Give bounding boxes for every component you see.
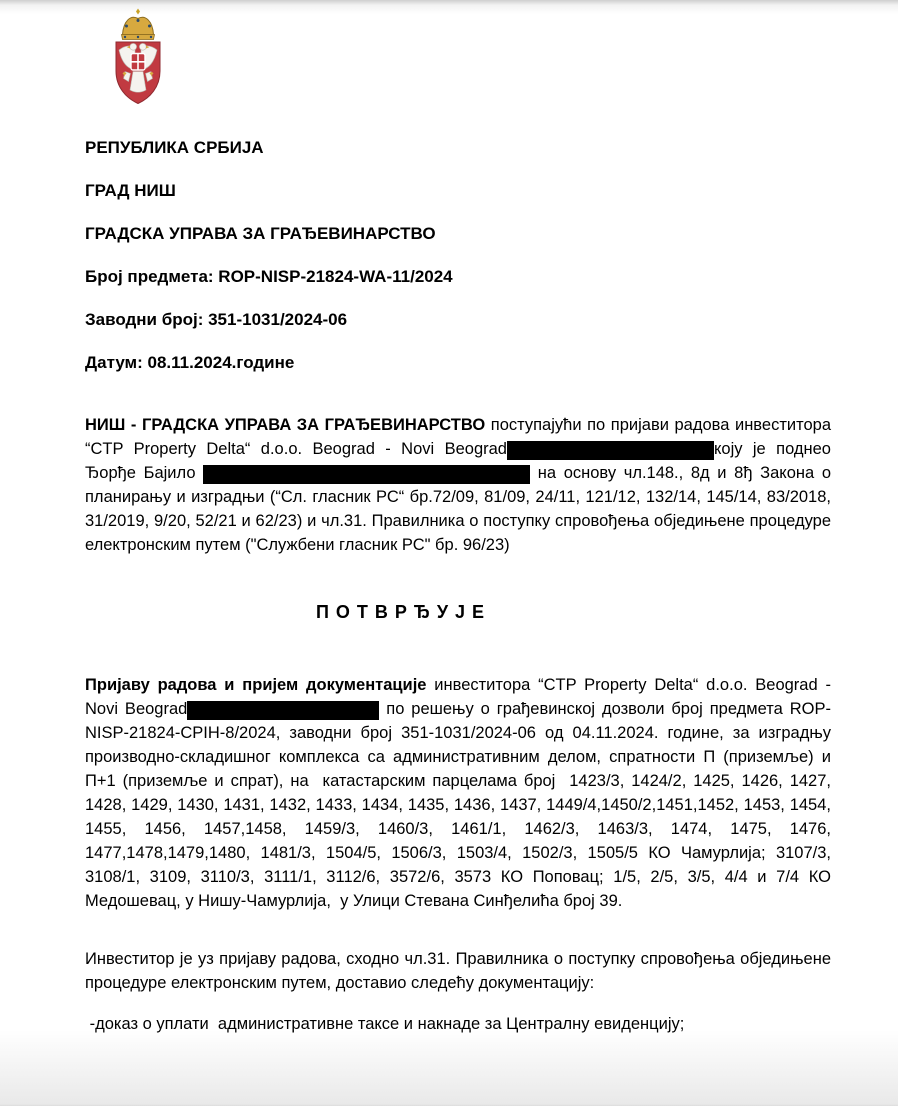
document-date: Датум: 08.11.2024.године bbox=[85, 353, 831, 373]
confirmation-seg2: по решењу о грађевинској дозволи број пр… bbox=[85, 700, 831, 910]
header-administration: ГРАДСКА УПРАВА ЗА ГРАЂЕВИНАРСТВО bbox=[85, 224, 831, 244]
intro-bold-lead: НИШ - ГРАДСКА УПРАВА ЗА ГРАЂЕВИНАРСТВО bbox=[85, 416, 485, 434]
registry-number: Заводни број: 351-1031/2024-06 bbox=[85, 310, 831, 330]
document-body: РЕПУБЛИКА СРБИЈА ГРАД НИШ ГРАДСКА УПРАВА… bbox=[85, 138, 831, 1036]
header-city: ГРАД НИШ bbox=[85, 181, 831, 201]
redaction-box bbox=[507, 441, 714, 460]
document-page: РЕПУБЛИКА СРБИЈА ГРАД НИШ ГРАДСКА УПРАВА… bbox=[0, 0, 898, 1106]
serbia-coat-of-arms-icon bbox=[108, 8, 168, 106]
documentation-intro: Инвеститор је уз пријаву радова, сходно … bbox=[85, 947, 831, 995]
confirmation-bold-lead: Пријаву радова и пријем документације bbox=[85, 676, 426, 694]
redaction-box bbox=[187, 701, 379, 720]
case-number: Број предмета: ROP-NISP-21824-WA-11/2024 bbox=[85, 267, 831, 287]
intro-paragraph: НИШ - ГРАДСКА УПРАВА ЗА ГРАЂЕВИНАРСТВО п… bbox=[85, 413, 831, 557]
confirmation-paragraph: Пријаву радова и пријем документације ин… bbox=[85, 673, 831, 913]
header-republic: РЕПУБЛИКА СРБИЈА bbox=[85, 138, 831, 158]
confirm-heading: П О Т В Р Ђ У Ј Е bbox=[85, 601, 831, 623]
documentation-item: -доказ о уплати административне таксе и … bbox=[85, 1012, 831, 1036]
redaction-box bbox=[203, 465, 530, 484]
